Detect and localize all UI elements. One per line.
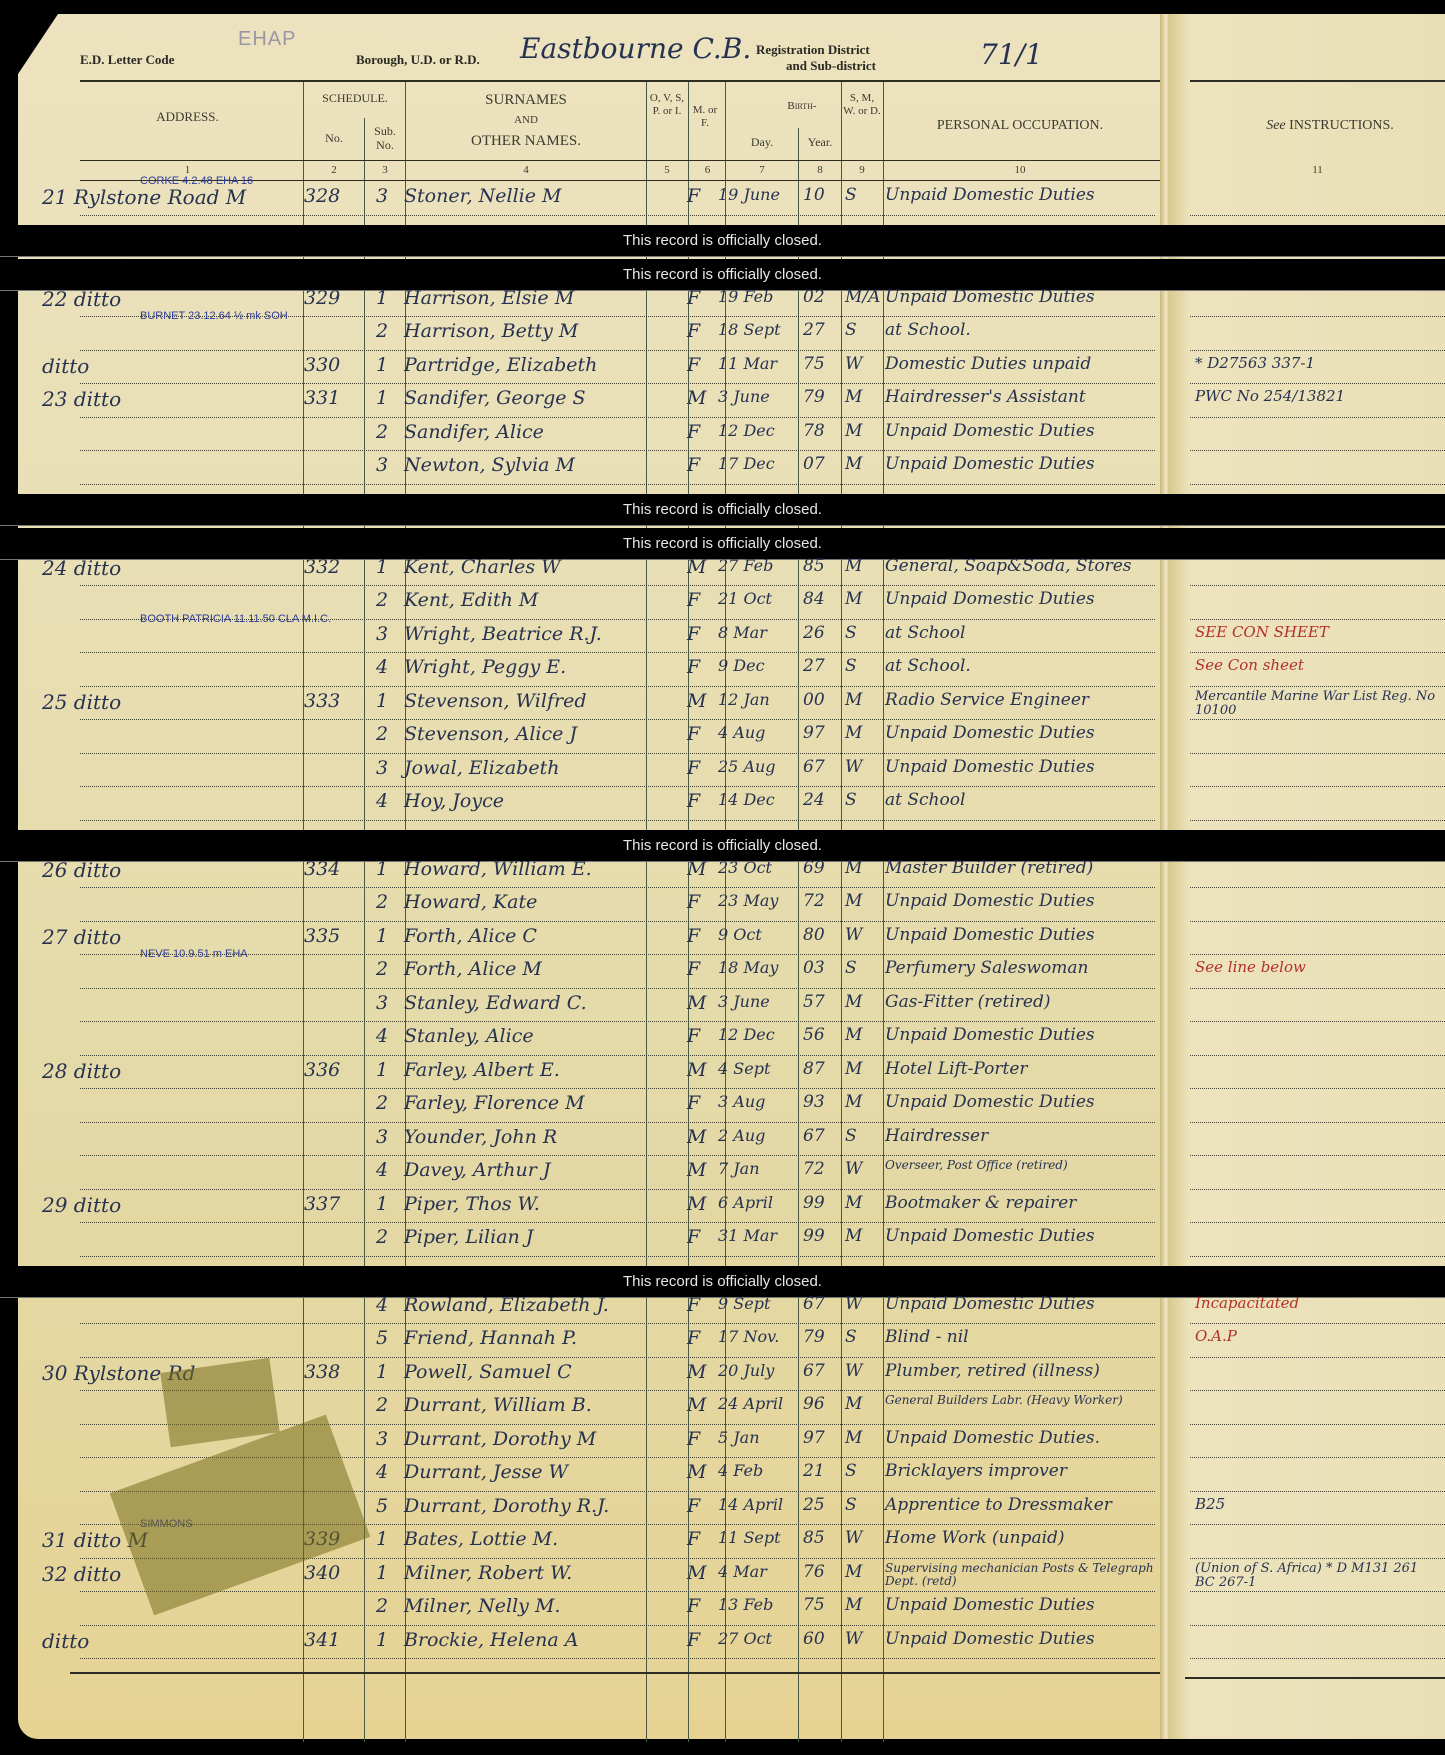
cell-name: Stoner, Nellie M [404, 185, 561, 207]
dotted-rule [80, 1591, 1155, 1592]
header-rule [80, 80, 1160, 82]
dotted-rule [80, 1625, 1155, 1626]
cell-occ: Unpaid Domestic Duties [885, 925, 1095, 945]
cell-yr: 79 [803, 387, 825, 407]
cell-addr: 24 ditto [42, 556, 121, 580]
dotted-rule [1190, 1256, 1445, 1257]
cell-day: 2 Aug [718, 1126, 765, 1145]
cell-addr: ditto [42, 354, 89, 378]
cell-yr: 60 [803, 1629, 825, 1649]
cell-sex: F [687, 623, 700, 645]
col-schedule: SCHEDULE. [305, 92, 405, 106]
cell-occ: Blind - nil [885, 1327, 969, 1347]
dotted-rule [1190, 1189, 1445, 1190]
cell-occ: Master Builder (retired) [885, 858, 1093, 878]
cell-note: Incapacitated [1195, 1294, 1299, 1312]
dotted-rule [80, 1021, 1155, 1022]
cell-name: Durrant, Dorothy M [404, 1428, 596, 1450]
cell-mar: M [845, 556, 862, 576]
cell-yr: 76 [803, 1562, 825, 1582]
cell-day: 18 May [718, 958, 778, 977]
cell-sex: F [687, 1025, 700, 1047]
cell-day: 8 Mar [718, 623, 767, 642]
dotted-rule [1190, 1625, 1445, 1626]
cell-mar: M [845, 1595, 862, 1615]
cell-day: 4 Feb [718, 1461, 763, 1480]
borough-value: Eastbourne C.B. [520, 32, 751, 65]
dotted-rule [1190, 350, 1445, 351]
dotted-rule [80, 686, 1155, 687]
dotted-rule [80, 887, 1155, 888]
cell-mar: M [845, 992, 862, 1012]
dotted-rule [1190, 1524, 1445, 1525]
cell-sub: 1 [376, 1528, 388, 1550]
cell-sex: M [687, 1461, 706, 1483]
cell-yr: 97 [803, 1428, 825, 1448]
cell-sex: F [687, 1327, 700, 1349]
cell-sex: M [687, 1361, 706, 1383]
cell-occ: Domestic Duties unpaid [885, 354, 1091, 374]
dotted-rule [1190, 1424, 1445, 1425]
page-bottom-rule [70, 1672, 1160, 1674]
cell-yr: 84 [803, 589, 825, 609]
cell-yr: 57 [803, 992, 825, 1012]
dotted-rule [1190, 1457, 1445, 1458]
cell-yr: 67 [803, 1294, 825, 1314]
cell-day: 13 Feb [718, 1595, 773, 1614]
cell-sex: M [687, 858, 706, 880]
cell-day: 4 Sept [718, 1059, 770, 1078]
cell-sex: M [687, 1193, 706, 1215]
cell-day: 23 Oct [718, 858, 772, 877]
dotted-rule [80, 383, 1155, 384]
cell-yr: 26 [803, 623, 825, 643]
cell-day: 18 Sept [718, 320, 781, 339]
cell-name: Piper, Lilian J [404, 1226, 533, 1248]
dotted-rule [1190, 1155, 1445, 1156]
cell-mar: W [845, 354, 862, 374]
cell-occ: Overseer, Post Office (retired) [885, 1159, 1155, 1172]
dotted-rule [80, 1256, 1155, 1257]
cell-day: 6 April [718, 1193, 773, 1212]
cell-yr: 93 [803, 1092, 825, 1112]
dotted-rule [1190, 686, 1445, 687]
cell-mar: M [845, 421, 862, 441]
cell-occ: at School [885, 790, 965, 810]
cell-sex: M [687, 992, 706, 1014]
cell-occ: Unpaid Domestic Duties [885, 1629, 1095, 1649]
cell-sex: F [687, 790, 700, 812]
cell-sch: 338 [304, 1361, 340, 1383]
dotted-rule [1190, 1357, 1445, 1358]
cell-occ: Apprentice to Dressmaker [885, 1495, 1112, 1515]
cell-occ: at School [885, 623, 965, 643]
cell-sub: 3 [376, 185, 388, 207]
dotted-rule [1190, 1658, 1445, 1659]
column-number: 3 [366, 164, 404, 176]
cell-day: 3 Aug [718, 1092, 765, 1111]
cell-mar: S [845, 623, 857, 643]
annotation: CORKE 4.2.48 EHA 16 [140, 175, 253, 187]
cell-name: Friend, Hannah P. [404, 1327, 577, 1349]
dotted-rule [1190, 1222, 1445, 1223]
cell-day: 12 Dec [718, 1025, 775, 1044]
cell-occ: Unpaid Domestic Duties [885, 287, 1095, 307]
cell-name: Younder, John R [404, 1126, 557, 1148]
cell-sex: F [687, 1226, 700, 1248]
dotted-rule [80, 1323, 1155, 1324]
annotation: NEVE 10.9.51 m EHA [140, 948, 248, 960]
cell-occ: Hairdresser's Assistant [885, 387, 1086, 407]
cell-sub: 3 [376, 454, 388, 476]
cell-mar: M [845, 1092, 862, 1112]
cell-yr: 85 [803, 1528, 825, 1548]
cell-sex: F [687, 287, 700, 309]
dotted-rule [1190, 1390, 1445, 1391]
cell-sex: F [687, 589, 700, 611]
cell-sub: 2 [376, 1092, 388, 1114]
col-divider [646, 82, 647, 1742]
dotted-rule [1190, 954, 1445, 955]
cell-yr: 87 [803, 1059, 825, 1079]
cell-yr: 07 [803, 454, 825, 474]
column-number: 9 [843, 164, 881, 176]
cell-mar: M [845, 1059, 862, 1079]
cell-occ: Gas-Fitter (retired) [885, 992, 1050, 1012]
dotted-rule [1190, 383, 1445, 384]
cell-name: Powell, Samuel C [404, 1361, 572, 1383]
col-schedule-no: No. [305, 132, 363, 146]
cell-name: Newton, Sylvia M [404, 454, 575, 476]
column-number: 4 [406, 164, 646, 176]
cell-occ: Hotel Lift-Porter [885, 1059, 1028, 1079]
cell-name: Stanley, Alice [404, 1025, 534, 1047]
cell-sch: 341 [304, 1629, 340, 1651]
dotted-rule [80, 652, 1155, 653]
col-sex: M. or F. [690, 104, 720, 129]
cell-sub: 4 [376, 790, 388, 812]
column-number: 7 [727, 164, 797, 176]
cell-name: Sandifer, George S [404, 387, 586, 409]
col-divider [883, 82, 884, 1742]
cell-yr: 78 [803, 421, 825, 441]
cell-note: See Con sheet [1195, 656, 1304, 674]
cell-name: Brockie, Helena A [404, 1629, 579, 1651]
cell-sex: M [687, 1059, 706, 1081]
cell-yr: 67 [803, 1126, 825, 1146]
column-number: 8 [800, 164, 840, 176]
column-number: 6 [690, 164, 725, 176]
cell-addr: ditto [42, 1629, 89, 1653]
cell-mar: M [845, 891, 862, 911]
dotted-rule [80, 1088, 1155, 1089]
cell-occ: at School. [885, 656, 971, 676]
cell-occ: Unpaid Domestic Duties [885, 1294, 1095, 1314]
dotted-rule [1190, 450, 1445, 451]
cell-day: 14 April [718, 1495, 783, 1514]
cell-occ: at School. [885, 320, 971, 340]
cell-yr: 72 [803, 1159, 825, 1179]
cell-sex: M [687, 690, 706, 712]
cell-mar: M [845, 387, 862, 407]
cell-day: 17 Dec [718, 454, 775, 473]
cell-mar: M [845, 454, 862, 474]
cell-note: B25 [1195, 1495, 1225, 1513]
cell-day: 23 May [718, 891, 778, 910]
cell-occ: Unpaid Domestic Duties [885, 1025, 1095, 1045]
cell-sub: 1 [376, 1562, 388, 1584]
cell-sex: F [687, 1092, 700, 1114]
cell-sex: F [687, 757, 700, 779]
closed-record-banner: This record is officially closed. [0, 494, 1445, 526]
cell-day: 14 Dec [718, 790, 775, 809]
dotted-rule [80, 921, 1155, 922]
cell-mar: M [845, 1226, 862, 1246]
cell-sub: 3 [376, 1126, 388, 1148]
cell-name: Howard, William E. [404, 858, 592, 880]
cell-name: Howard, Kate [404, 891, 537, 913]
cell-sub: 1 [376, 925, 388, 947]
cell-sub: 3 [376, 757, 388, 779]
col-birth-day: Day. [727, 136, 797, 150]
cell-sub: 3 [376, 1428, 388, 1450]
dotted-rule [80, 1122, 1155, 1123]
cell-name: Stanley, Edward C. [404, 992, 587, 1014]
dotted-rule [80, 1189, 1155, 1190]
cell-yr: 24 [803, 790, 825, 810]
cell-sub: 4 [376, 1294, 388, 1316]
cell-name: Forth, Alice M [404, 958, 542, 980]
cell-day: 7 Jan [718, 1159, 760, 1178]
annotation: BOOTH PATRICIA 11.11.50 CLA M.I.C. [140, 613, 331, 625]
cell-sex: M [687, 1562, 706, 1584]
cell-yr: 79 [803, 1327, 825, 1347]
cell-note: * D27563 337-1 [1195, 354, 1315, 372]
dotted-rule [80, 1222, 1155, 1223]
cell-day: 3 June [718, 992, 770, 1011]
cell-mar: M [845, 1193, 862, 1213]
col-marital: S, M, W. or D. [843, 92, 881, 117]
cell-sex: M [687, 1126, 706, 1148]
column-number: 5 [648, 164, 686, 176]
cell-yr: 85 [803, 556, 825, 576]
cell-sch: 332 [304, 556, 340, 578]
cell-sex: M [687, 1394, 706, 1416]
cell-sex: F [687, 958, 700, 980]
cell-sub: 1 [376, 1059, 388, 1081]
cell-day: 3 June [718, 387, 770, 406]
cell-sex: F [687, 1428, 700, 1450]
cell-note: PWC No 254/13821 [1195, 387, 1345, 405]
cell-sub: 1 [376, 858, 388, 880]
cell-sub: 1 [376, 1193, 388, 1215]
cell-addr: 29 ditto [42, 1193, 121, 1217]
cell-note: (Union of S. Africa) * D M131 261 BC 267… [1195, 1562, 1440, 1590]
dotted-rule [1190, 887, 1445, 888]
dotted-rule [80, 350, 1155, 351]
cell-sub: 2 [376, 589, 388, 611]
cell-sex: F [687, 1528, 700, 1550]
cell-note: Mercantile Marine War List Reg. No 10100 [1195, 690, 1440, 718]
cell-name: Milner, Robert W. [404, 1562, 572, 1584]
dotted-rule [1190, 753, 1445, 754]
cell-name: Durrant, Dorothy R.J. [404, 1495, 609, 1517]
cell-yr: 27 [803, 320, 825, 340]
cell-mar: W [845, 1361, 862, 1381]
dotted-rule [1190, 1558, 1445, 1559]
dotted-rule [1190, 1122, 1445, 1123]
dotted-rule [1190, 484, 1445, 485]
col-schedule-sub: Sub. No. [366, 125, 404, 153]
cell-day: 31 Mar [718, 1226, 777, 1245]
cell-name: Stevenson, Alice J [404, 723, 577, 745]
col-occupation: PERSONAL OCCUPATION. [885, 118, 1155, 134]
cell-day: 4 Mar [718, 1562, 767, 1581]
cell-sex: F [687, 185, 700, 207]
column-number: 2 [305, 164, 363, 176]
cell-yr: 03 [803, 958, 825, 978]
cell-occ: Unpaid Domestic Duties [885, 1226, 1095, 1246]
cell-mar: W [845, 925, 862, 945]
cell-sub: 5 [376, 1327, 388, 1349]
dotted-rule [80, 988, 1155, 989]
cell-mar: M [845, 1428, 862, 1448]
cell-addr: 32 ditto [42, 1562, 121, 1586]
cell-sch: 328 [304, 185, 340, 207]
cell-day: 9 Dec [718, 656, 765, 675]
dotted-rule [1190, 619, 1445, 620]
dotted-rule [1190, 1055, 1445, 1056]
dotted-rule [1190, 1491, 1445, 1492]
cell-name: Sandifer, Alice [404, 421, 544, 443]
cell-occ: Unpaid Domestic Duties [885, 454, 1095, 474]
cell-sex: F [687, 723, 700, 745]
cell-day: 12 Jan [718, 690, 770, 709]
cell-name: Milner, Nelly M. [404, 1595, 560, 1617]
cell-yr: 67 [803, 757, 825, 777]
col-divider [364, 118, 365, 1742]
cell-yr: 27 [803, 656, 825, 676]
cell-day: 9 Sept [718, 1294, 770, 1313]
cell-yr: 97 [803, 723, 825, 743]
cell-sex: F [687, 454, 700, 476]
cell-day: 11 Mar [718, 354, 777, 373]
borough-label: Borough, U.D. or R.D. [356, 52, 480, 68]
registration-label-1: Registration District [756, 42, 870, 58]
cell-sub: 1 [376, 287, 388, 309]
cell-occ: Unpaid Domestic Duties [885, 757, 1095, 777]
cell-sex: F [687, 1595, 700, 1617]
cell-mar: S [845, 958, 857, 978]
cell-sub: 2 [376, 958, 388, 980]
annotation: BURNET 23.12.64 ½ mk SOH [140, 310, 288, 322]
cell-yr: 21 [803, 1461, 825, 1481]
cell-sch: 335 [304, 925, 340, 947]
dotted-rule [1190, 1088, 1445, 1089]
cell-sub: 3 [376, 623, 388, 645]
dotted-rule [80, 484, 1155, 485]
cell-name: Farley, Albert E. [404, 1059, 560, 1081]
cell-sch: 337 [304, 1193, 340, 1215]
cell-yr: 99 [803, 1226, 825, 1246]
cell-occ: Plumber, retired (illness) [885, 1361, 1100, 1381]
cell-occ: Unpaid Domestic Duties. [885, 1428, 1100, 1448]
cell-occ: Hairdresser [885, 1126, 988, 1146]
cell-sub: 2 [376, 320, 388, 342]
cell-name: Durrant, Jesse W [404, 1461, 568, 1483]
cell-sub: 2 [376, 1595, 388, 1617]
cell-day: 9 Oct [718, 925, 762, 944]
cell-day: 4 Aug [718, 723, 765, 742]
cell-sub: 4 [376, 656, 388, 678]
cell-sub: 4 [376, 1159, 388, 1181]
cell-sex: F [687, 1629, 700, 1651]
cell-name: Kent, Charles W [404, 556, 561, 578]
cell-sex: M [687, 556, 706, 578]
cell-occ: Unpaid Domestic Duties [885, 1595, 1095, 1615]
cell-sch: 329 [304, 287, 340, 309]
dotted-rule [80, 1658, 1155, 1659]
cell-mar: M [845, 690, 862, 710]
cell-mar: M [845, 858, 862, 878]
cell-sch: 330 [304, 354, 340, 376]
registration-label-2: and Sub-district [786, 58, 876, 74]
cell-sub: 1 [376, 387, 388, 409]
cell-addr: 27 ditto [42, 925, 121, 949]
cell-yr: 96 [803, 1394, 825, 1414]
cell-sex: F [687, 320, 700, 342]
cell-mar: W [845, 1528, 862, 1548]
header-bottom-rule [80, 160, 1160, 161]
cell-yr: 75 [803, 354, 825, 374]
dotted-rule [1190, 585, 1445, 586]
cell-sch: 333 [304, 690, 340, 712]
cell-occ: General, Soap&Soda, Stores [885, 556, 1132, 576]
dotted-rule [80, 1357, 1155, 1358]
cell-day: 27 Oct [718, 1629, 772, 1648]
cell-mar: S [845, 1126, 857, 1146]
dotted-rule [1190, 921, 1445, 922]
cell-occ: Bootmaker & repairer [885, 1193, 1076, 1213]
cell-name: Partridge, Elizabeth [404, 354, 597, 376]
cell-name: Kent, Edith M [404, 589, 538, 611]
cell-occ: Supervising mechanician Posts & Telegrap… [885, 1562, 1155, 1588]
cell-name: Rowland, Elizabeth J. [404, 1294, 609, 1316]
col-surnames: SURNAMES [406, 92, 646, 109]
dotted-rule [1190, 820, 1445, 821]
cell-mar: M/A [845, 287, 880, 307]
cell-mar: M [845, 723, 862, 743]
cell-sch: 334 [304, 858, 340, 880]
cell-yr: 69 [803, 858, 825, 878]
cell-name: Bates, Lottie M. [404, 1528, 558, 1550]
cell-mar: M [845, 1394, 862, 1414]
cell-mar: S [845, 790, 857, 810]
cell-sub: 2 [376, 723, 388, 745]
cell-occ: Home Work (unpaid) [885, 1528, 1065, 1548]
cell-name: Wright, Beatrice R.J. [404, 623, 602, 645]
cell-day: 12 Dec [718, 421, 775, 440]
cell-addr: 25 ditto [42, 690, 121, 714]
cell-yr: 67 [803, 1361, 825, 1381]
cell-sub: 2 [376, 1226, 388, 1248]
cell-name: Stevenson, Wilfred [404, 690, 587, 712]
cell-day: 25 Aug [718, 757, 776, 776]
cell-yr: 75 [803, 1595, 825, 1615]
cell-name: Hoy, Joyce [404, 790, 504, 812]
dotted-rule [80, 786, 1155, 787]
cell-yr: 10 [803, 185, 825, 205]
